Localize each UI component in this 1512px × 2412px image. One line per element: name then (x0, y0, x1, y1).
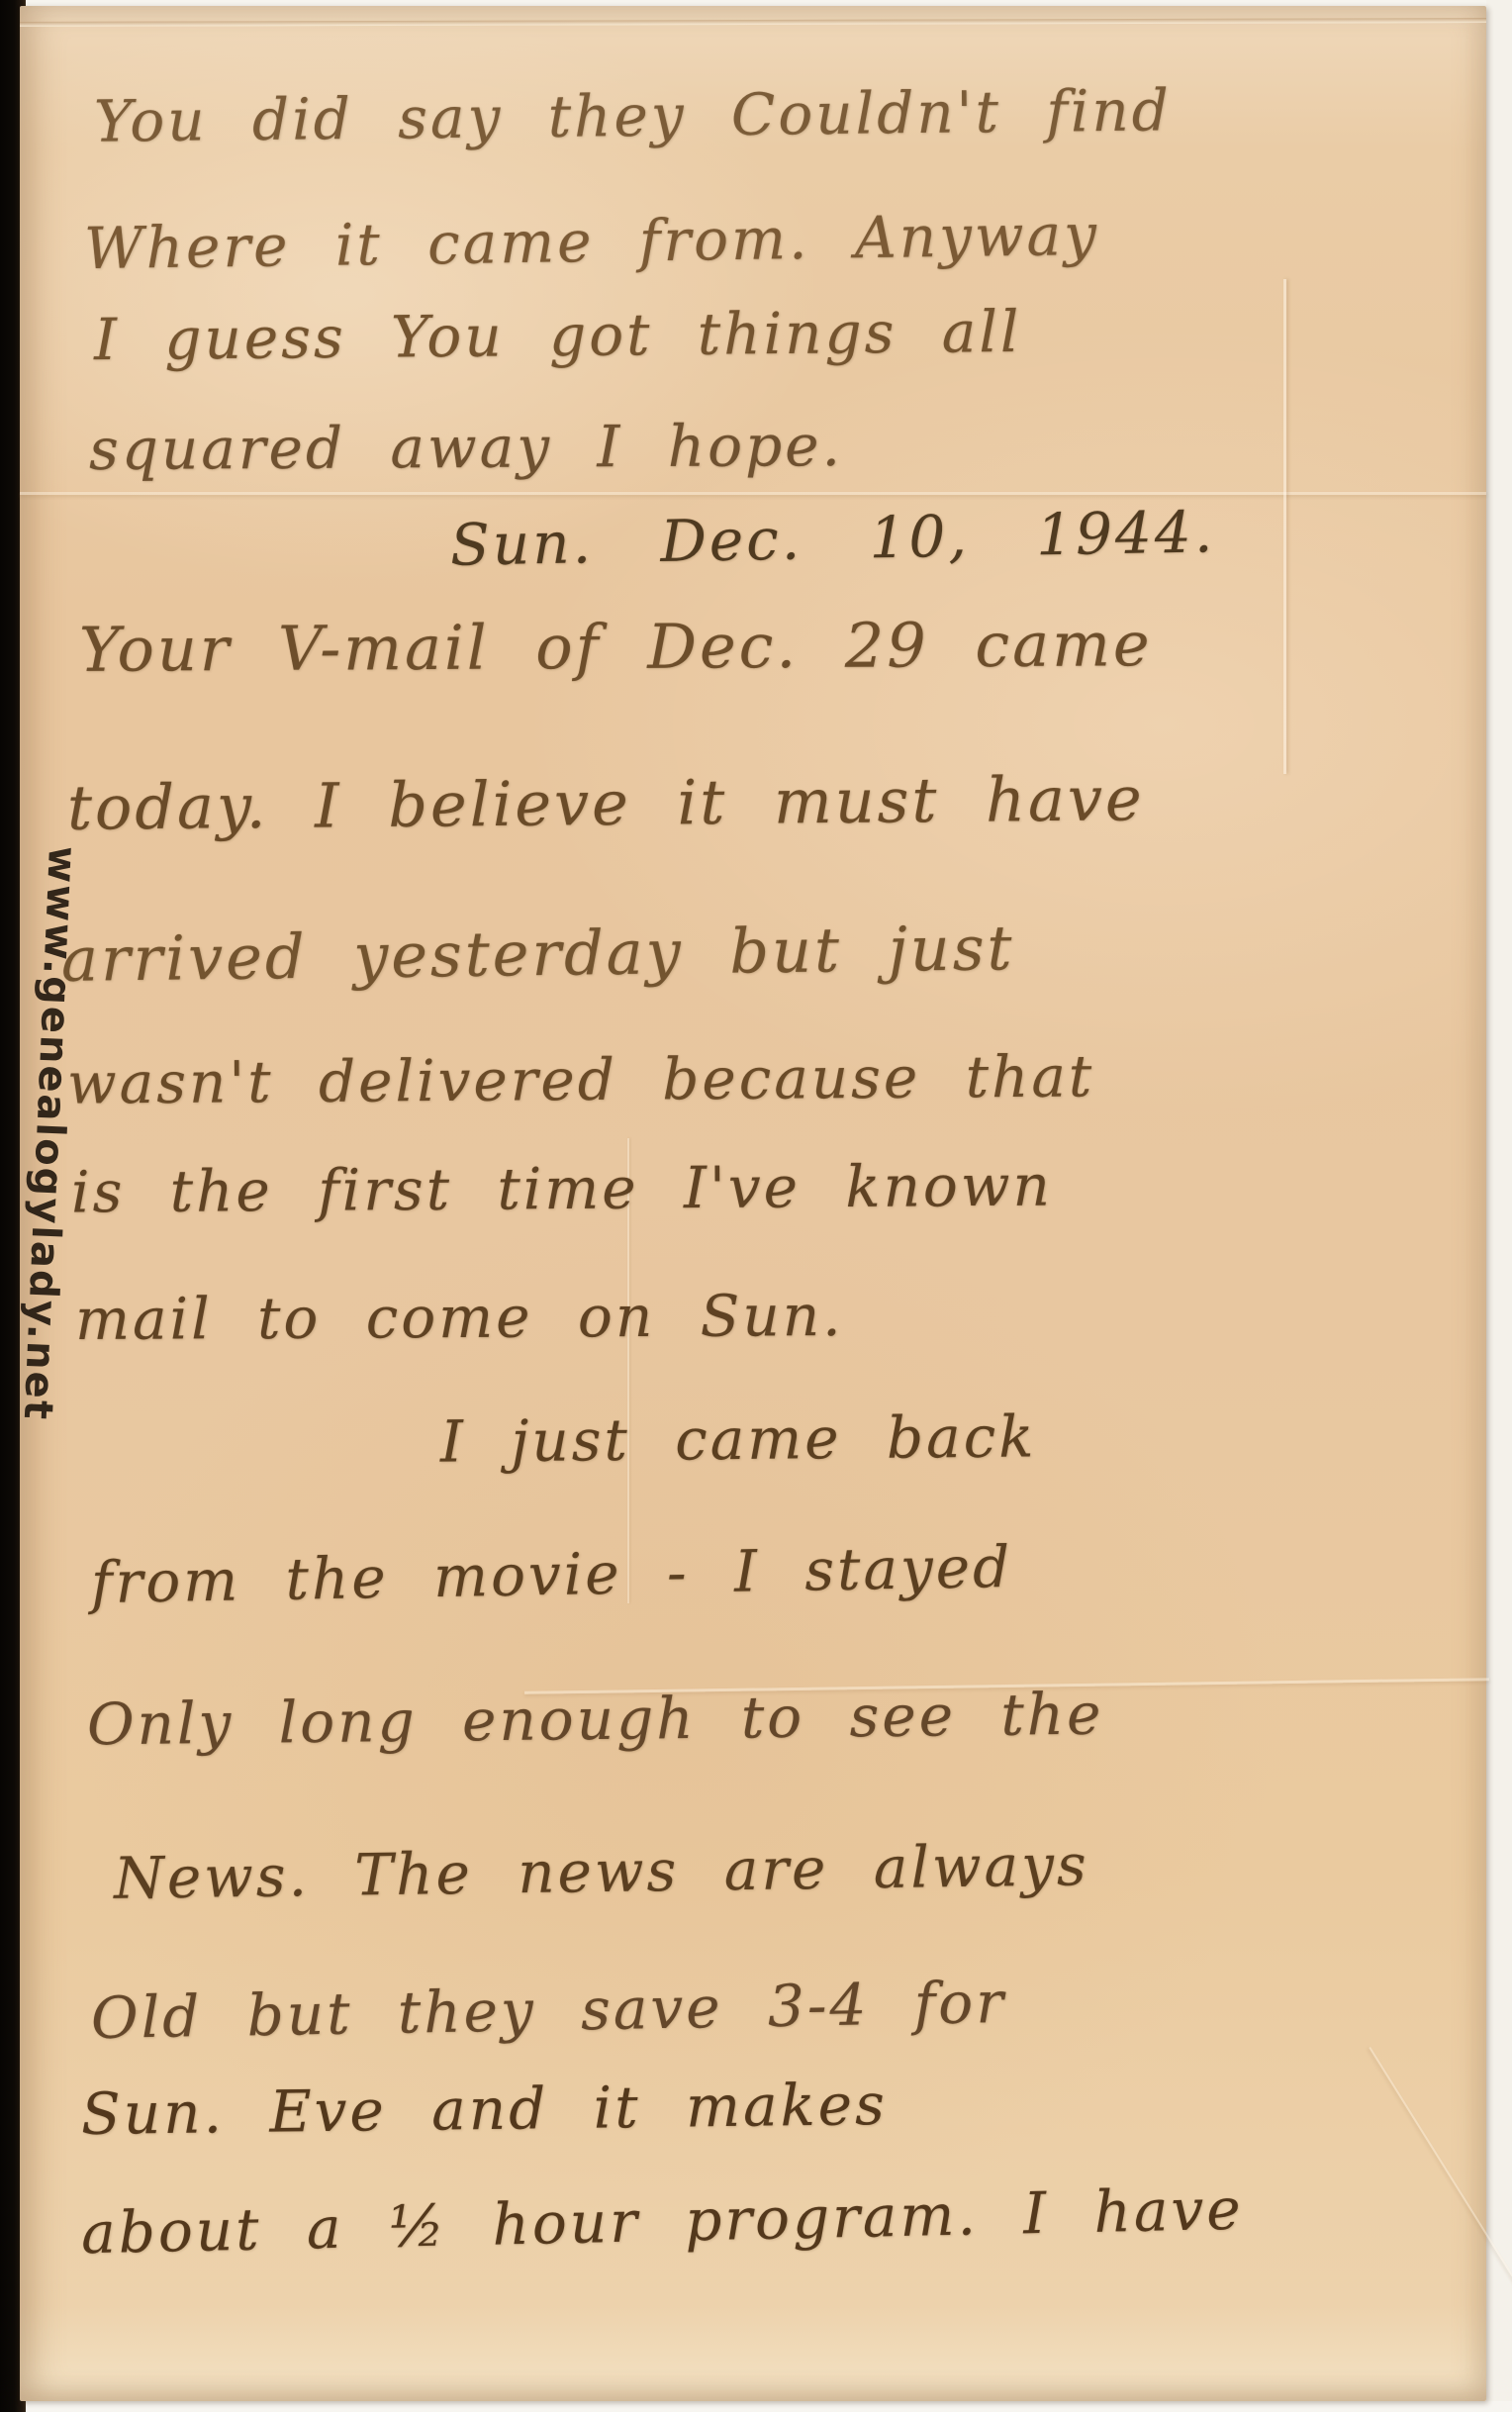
letter-line: is the first time I've known (71, 1147, 1053, 1231)
date-line: Sun. Dec. 10, 1944. (449, 493, 1215, 584)
scanned-letter-page: www.genealogylady.net You did say they C… (0, 0, 1512, 2412)
letter-line: You did say they Couldn't find (94, 71, 1173, 160)
letter-line: from the movie - I stayed (90, 1528, 1012, 1622)
letter-line: mail to come on Sun. (75, 1277, 844, 1358)
letter-line: arrived yesterday but just (61, 907, 1015, 1001)
letter-line: I just came back (440, 1398, 1037, 1481)
letter-line: I guess You got things all (94, 293, 1022, 378)
scan-bed-margin-right (1486, 0, 1512, 2412)
letter-line: Only long enough to see the (87, 1676, 1104, 1764)
letter-line: squared away I hope. (89, 407, 843, 488)
letter-line: Where it came from. Anyway (84, 196, 1100, 288)
letter-line: today. I believe it must have (67, 757, 1145, 849)
scan-bed-margin-bottom (0, 2401, 1512, 2412)
letter-line: Sun. Eve and it makes (81, 2066, 889, 2153)
letter-line: Old but they save 3-4 for (90, 1964, 1006, 2057)
letter-line: wasn't delivered because that (67, 1037, 1095, 1122)
letter-line: Your V-mail of Dec. 29 came (79, 603, 1153, 691)
letter-line: News. The news are always (114, 1826, 1090, 1917)
